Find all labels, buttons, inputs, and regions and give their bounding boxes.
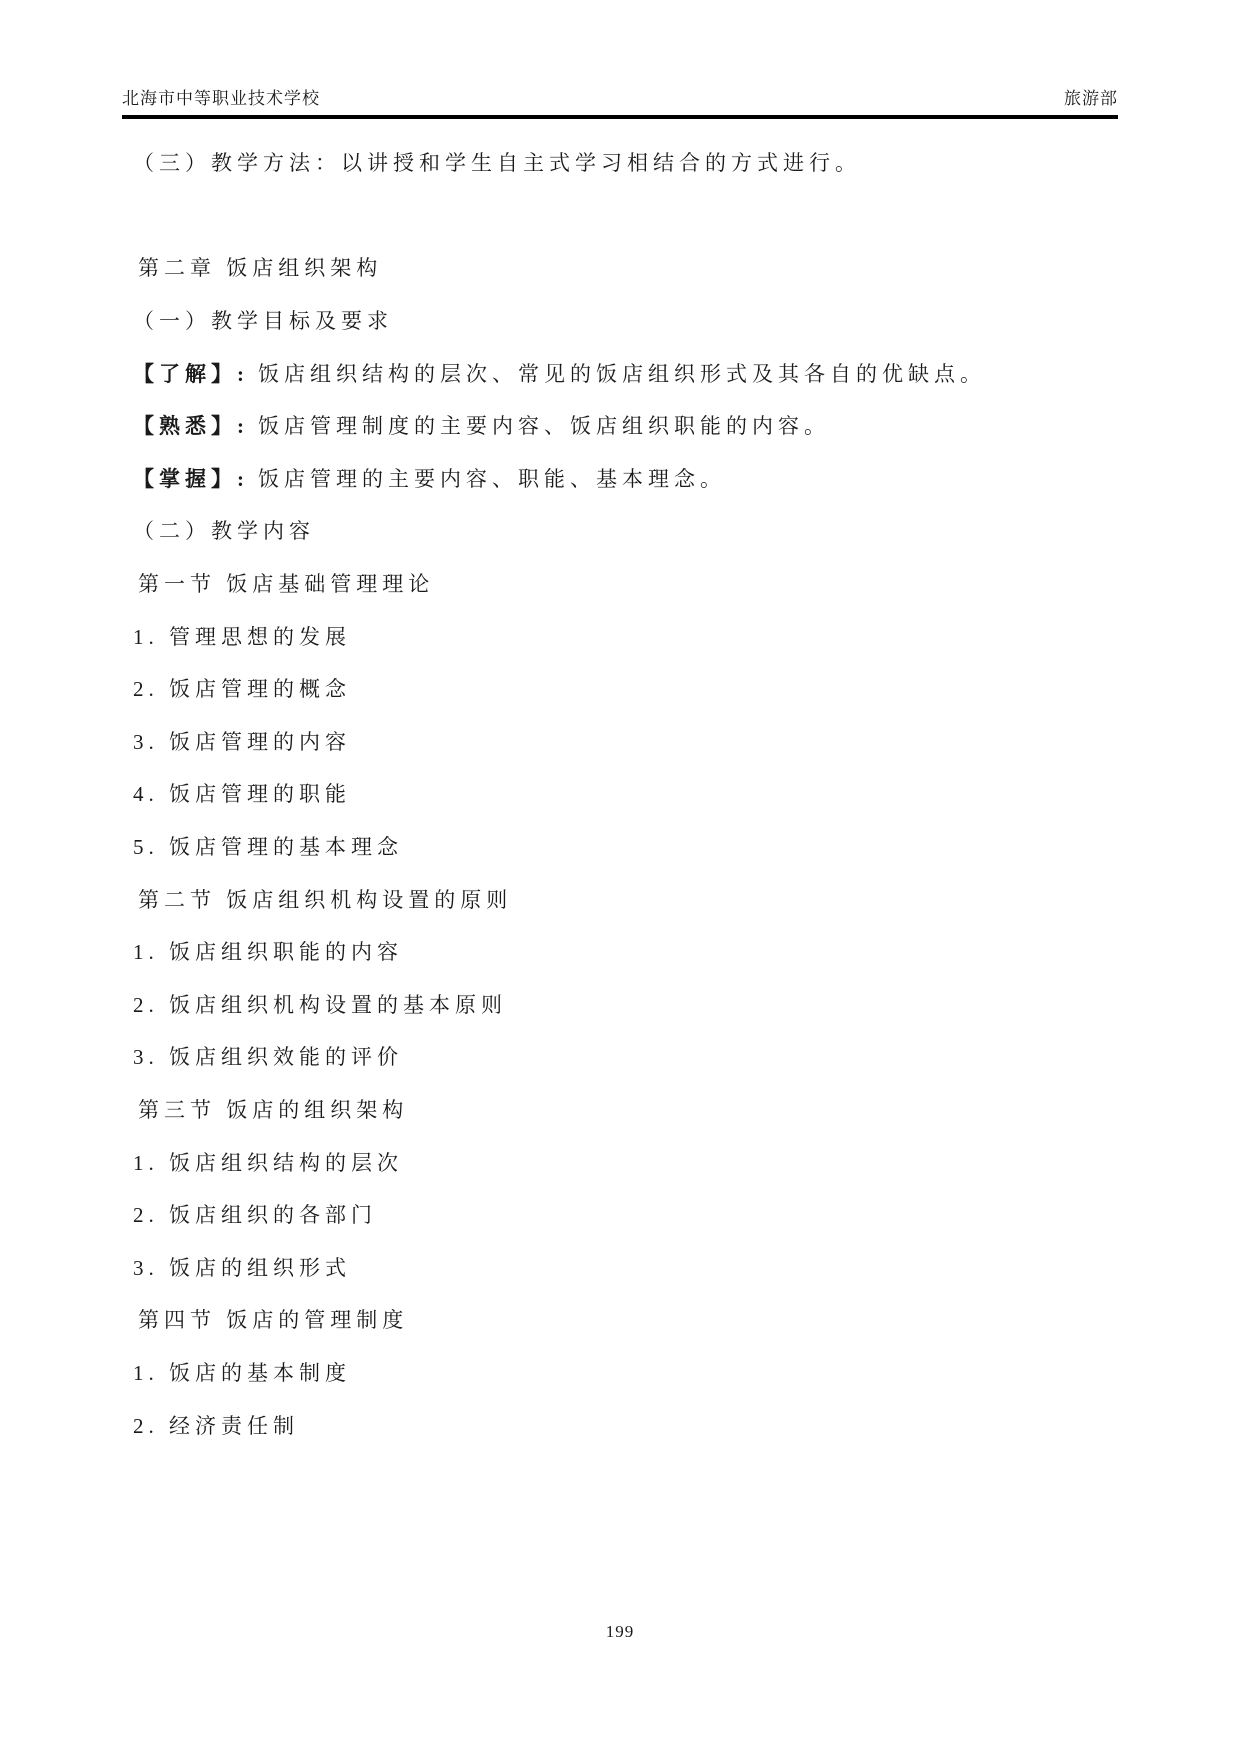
- section-heading: 第二节 饭店组织机构设置的原则: [133, 872, 1140, 925]
- line-text: 3. 饭店组织效能的评价: [133, 1041, 403, 1071]
- objective-text: 饭店管理制度的主要内容、饭店组织职能的内容。: [258, 410, 830, 440]
- objective-label: 【了解】:: [133, 358, 249, 388]
- line-text: 2. 饭店组织的各部门: [133, 1199, 377, 1229]
- paragraph: （二）教学内容: [133, 504, 1140, 557]
- line-text: 2. 饭店组织机构设置的基本原则: [133, 989, 507, 1019]
- section-heading: 第一节 饭店基础管理理论: [133, 557, 1140, 610]
- line-text: 2. 饭店管理的概念: [133, 673, 351, 703]
- list-item: 2. 饭店组织机构设置的基本原则: [133, 978, 1140, 1031]
- line-text: 1. 饭店组织职能的内容: [133, 936, 403, 966]
- line-text: （二）教学内容: [133, 515, 315, 545]
- objective-text: 饭店组织结构的层次、常见的饭店组织形式及其各自的优缺点。: [258, 358, 986, 388]
- list-item: 1. 饭店组织结构的层次: [133, 1135, 1140, 1188]
- objective-line: 【了解】:饭店组织结构的层次、常见的饭店组织形式及其各自的优缺点。: [133, 346, 1140, 399]
- line-text: 3. 饭店的组织形式: [133, 1252, 351, 1282]
- list-item: 2. 经济责任制: [133, 1398, 1140, 1451]
- line-text: 第一节 饭店基础管理理论: [138, 568, 434, 598]
- page-footer: 199: [0, 1622, 1240, 1642]
- line-text: 1. 管理思想的发展: [133, 621, 351, 651]
- line-text: 2. 经济责任制: [133, 1410, 299, 1440]
- list-item: 2. 饭店管理的概念: [133, 662, 1140, 715]
- list-item: 2. 饭店组织的各部门: [133, 1188, 1140, 1241]
- blank-line: [133, 189, 1140, 242]
- line-text: 第三节 饭店的组织架构: [138, 1094, 408, 1124]
- line-text: 4. 饭店管理的职能: [133, 778, 351, 808]
- chapter-heading: 第二章 饭店组织架构: [133, 241, 1140, 294]
- line-text: 第四节 饭店的管理制度: [138, 1304, 408, 1334]
- header-department: 旅游部: [1064, 84, 1118, 109]
- page-header: 北海市中等职业技术学校 旅游部: [122, 0, 1118, 119]
- list-item: 1. 管理思想的发展: [133, 609, 1140, 662]
- list-item: 5. 饭店管理的基本理念: [133, 820, 1140, 873]
- objective-text: 饭店管理的主要内容、职能、基本理念。: [258, 463, 726, 493]
- objective-label: 【掌握】:: [133, 463, 249, 493]
- list-item: 1. 饭店组织职能的内容: [133, 925, 1140, 978]
- section-heading: 第四节 饭店的管理制度: [133, 1293, 1140, 1346]
- line-text: （三）教学方法：以讲授和学生自主式学习相结合的方式进行。: [133, 147, 861, 177]
- line-text: 5. 饭店管理的基本理念: [133, 831, 403, 861]
- line-text: 3. 饭店管理的内容: [133, 726, 351, 756]
- page-number: 199: [606, 1622, 635, 1641]
- document-body: （三）教学方法：以讲授和学生自主式学习相结合的方式进行。第二章 饭店组织架构（一…: [133, 114, 1140, 1451]
- list-item: 3. 饭店管理的内容: [133, 715, 1140, 768]
- objective-label: 【熟悉】:: [133, 410, 249, 440]
- line-text: 1. 饭店的基本制度: [133, 1357, 351, 1387]
- header-school-name: 北海市中等职业技术学校: [122, 84, 320, 109]
- line-text: （一）教学目标及要求: [133, 305, 393, 335]
- list-item: 3. 饭店的组织形式: [133, 1240, 1140, 1293]
- paragraph: （一）教学目标及要求: [133, 294, 1140, 347]
- list-item: 4. 饭店管理的职能: [133, 767, 1140, 820]
- objective-line: 【熟悉】:饭店管理制度的主要内容、饭店组织职能的内容。: [133, 399, 1140, 452]
- line-text: 第二节 饭店组织机构设置的原则: [138, 884, 512, 914]
- paragraph: （三）教学方法：以讲授和学生自主式学习相结合的方式进行。: [133, 136, 1140, 189]
- objective-line: 【掌握】:饭店管理的主要内容、职能、基本理念。: [133, 452, 1140, 505]
- list-item: 3. 饭店组织效能的评价: [133, 1030, 1140, 1083]
- line-text: 1. 饭店组织结构的层次: [133, 1147, 403, 1177]
- section-heading: 第三节 饭店的组织架构: [133, 1083, 1140, 1136]
- list-item: 1. 饭店的基本制度: [133, 1346, 1140, 1399]
- line-text: 第二章 饭店组织架构: [138, 252, 382, 282]
